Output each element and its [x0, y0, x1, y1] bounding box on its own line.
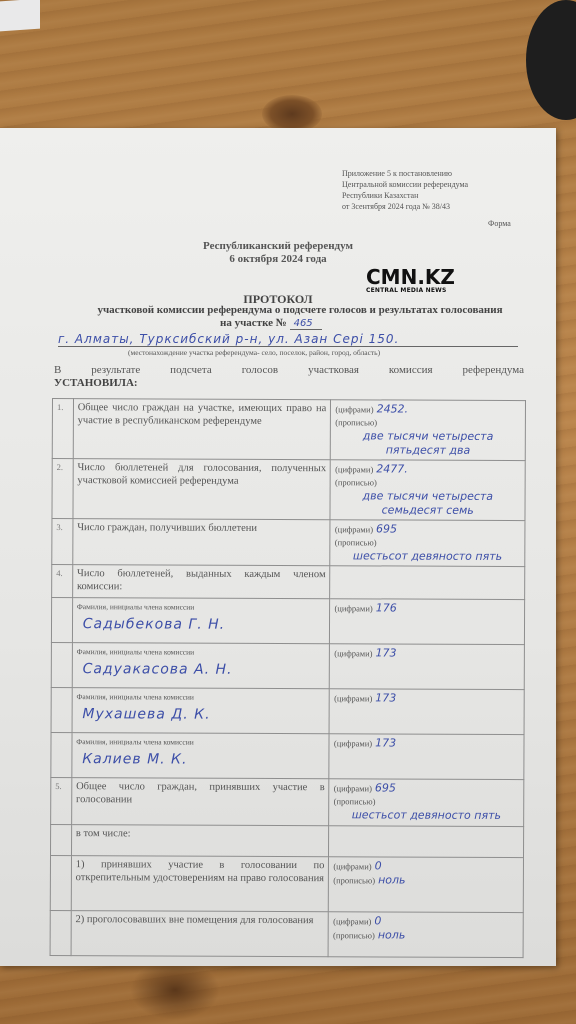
digits-label: (цифрами)	[335, 464, 373, 474]
value-digits: 695	[376, 522, 397, 535]
established-heading: УСТАНОВИЛА:	[54, 377, 138, 389]
row-value: (цифрами)695 (прописью) шестьсот девянос…	[330, 520, 525, 567]
row-number: 1.	[52, 399, 73, 459]
row-value	[330, 566, 525, 600]
protocol-subtitle: участковой комиссии референдума о подсче…	[0, 304, 576, 316]
value-digits: 173	[375, 646, 396, 659]
value-digits: 2452.	[377, 402, 409, 415]
appendix-line: Республики Казахстан	[342, 190, 468, 201]
member-row: Фамилия, инициалы члена комиссии Садуака…	[51, 642, 524, 689]
member-value: (цифрами)173	[329, 689, 524, 735]
words-label: (прописью)	[333, 930, 375, 940]
value-words: шестьсот девяносто пять	[334, 808, 520, 823]
member-value: (цифрами)173	[329, 734, 524, 780]
member-cell: Фамилия, инициалы члена комиссии Калиев …	[72, 733, 330, 779]
appendix-note: Приложение 5 к постановлению Центральной…	[342, 168, 468, 212]
row-number: 4.	[52, 565, 73, 598]
referendum-date: 6 октября 2024 года	[0, 253, 556, 266]
member-row: Фамилия, инициалы члена комиссии Калиев …	[51, 732, 524, 779]
row-label: Число бюллетеней, выданных каждым членом…	[72, 565, 330, 599]
digits-label: (цифрами)	[333, 861, 371, 871]
appendix-line: от 3сентября 2024 года № 38/43	[342, 201, 468, 212]
location-caption: (местонахождение участка референдума- се…	[128, 348, 380, 357]
member-value: (цифрами)176	[330, 599, 525, 645]
table-row: в том числе:	[51, 824, 524, 857]
member-cell: Фамилия, инициалы члена комиссии Мухашев…	[72, 688, 330, 734]
words-label: (прописью)	[334, 796, 376, 806]
digits-label: (цифрами)	[333, 916, 371, 926]
digits-label: (цифрами)	[334, 738, 372, 748]
row-value: (цифрами)0 (прописью)ноль	[328, 912, 523, 958]
station-label: на участке №	[220, 317, 287, 329]
member-value: (цифрами)173	[330, 644, 525, 690]
member-name: Калиев М. К.	[76, 748, 325, 767]
referendum-name: Республиканский референдум	[0, 240, 556, 253]
table-row: 1) принявших участие в голосовании по от…	[50, 855, 523, 912]
row-label: Число граждан, получивших бюллетени	[73, 519, 331, 566]
digits-label: (цифрами)	[335, 404, 373, 414]
digits-label: (цифрами)	[334, 648, 372, 658]
digits-label: (цифрами)	[334, 783, 372, 793]
row-value: (цифрами)2452. (прописью) две тысячи чет…	[331, 400, 526, 461]
referendum-title: Республиканский референдум 6 октября 202…	[0, 240, 556, 266]
row-number: 5.	[51, 777, 72, 824]
words-label: (прописью)	[333, 875, 375, 885]
value-digits: 0	[374, 914, 381, 927]
station-number: 465	[290, 318, 322, 330]
member-name: Мухашева Д. К.	[76, 703, 325, 722]
words-label: (прописью)	[335, 477, 377, 487]
intro-text: В результате подсчета голосов участковая…	[54, 364, 524, 377]
member-name: Садыбекова Г. Н.	[77, 613, 326, 632]
digits-label: (цифрами)	[334, 603, 372, 613]
row-label: Общее число граждан, принявших участие в…	[71, 778, 329, 826]
form-label: Форма	[488, 219, 511, 228]
member-caption: Фамилия, инициалы члена комиссии	[77, 645, 326, 659]
member-caption: Фамилия, инициалы члена комиссии	[76, 690, 325, 704]
words-label: (прописью)	[335, 417, 377, 427]
table-row: 1. Общее число граждан на участке, имеющ…	[52, 399, 525, 461]
member-caption: Фамилия, инициалы члена комиссии	[76, 735, 325, 749]
table-row: 2. Число бюллетеней для голосования, пол…	[52, 459, 525, 521]
table-row: 3. Число граждан, получивших бюллетени (…	[52, 519, 525, 567]
including-label: в том числе:	[71, 825, 329, 857]
protocol-sheet: Приложение 5 к постановлению Центральной…	[0, 128, 556, 966]
digits-label: (цифрами)	[334, 693, 372, 703]
value-digits: 173	[375, 691, 396, 704]
row-number: 2.	[52, 459, 73, 519]
value-words: шестьсот девяносто пять	[335, 549, 521, 564]
member-name: Садуакасова А. Н.	[77, 658, 326, 677]
station-location: г. Алматы, Турксибский р-н, ул. Азан Сер…	[58, 332, 518, 347]
value-words: две тысячи четыреста пятьдесят два	[335, 429, 521, 458]
table-row: 5. Общее число граждан, принявших участи…	[51, 777, 524, 826]
row-value: (цифрами)695 (прописью) шестьсот девянос…	[329, 779, 524, 827]
value-digits: 695	[375, 781, 396, 794]
value-digits: 173	[375, 736, 396, 749]
table-row: 4. Число бюллетеней, выданных каждым чле…	[52, 565, 525, 600]
row-label: 1) принявших участие в голосовании по от…	[71, 856, 329, 912]
row-value: (цифрами)0 (прописью)ноль	[329, 857, 524, 913]
value-digits: 176	[376, 601, 397, 614]
member-cell: Фамилия, инициалы члена комиссии Садыбек…	[72, 598, 330, 644]
appendix-line: Приложение 5 к постановлению	[342, 168, 468, 179]
member-row: Фамилия, инициалы члена комиссии Мухашев…	[51, 687, 524, 734]
table-row: 2) проголосовавших вне помещения для гол…	[50, 910, 523, 957]
watermark-name: CMN.KZ	[366, 265, 455, 289]
results-table: 1. Общее число граждан на участке, имеющ…	[50, 398, 526, 958]
member-caption: Фамилия, инициалы члена комиссии	[77, 600, 326, 614]
wood-knot	[130, 960, 220, 1020]
row-label: 2) проголосовавших вне помещения для гол…	[71, 911, 329, 957]
value-digits: 2477.	[376, 462, 408, 475]
corner-paper	[0, 0, 40, 31]
digits-label: (цифрами)	[335, 524, 373, 534]
value-words: ноль	[378, 928, 405, 941]
member-cell: Фамилия, инициалы члена комиссии Садуака…	[72, 643, 330, 689]
appendix-line: Центральной комиссии референдума	[342, 179, 468, 190]
row-label: Число бюллетеней для голосования, получе…	[73, 459, 331, 520]
value-words: ноль	[378, 873, 405, 886]
value-words: две тысячи четыреста семьдесят семь	[335, 489, 521, 518]
station-line: на участке № 465	[220, 317, 322, 330]
row-value: (цифрами)2477. (прописью) две тысячи чет…	[330, 460, 525, 521]
words-label: (прописью)	[335, 537, 377, 547]
row-label: Общее число граждан на участке, имеющих …	[73, 399, 331, 460]
row-number: 3.	[52, 519, 73, 565]
watermark-logo: CMN.KZ CENTRAL MEDIA NEWS	[366, 265, 455, 294]
value-digits: 0	[375, 859, 382, 872]
member-row: Фамилия, инициалы члена комиссии Садыбек…	[51, 598, 524, 645]
